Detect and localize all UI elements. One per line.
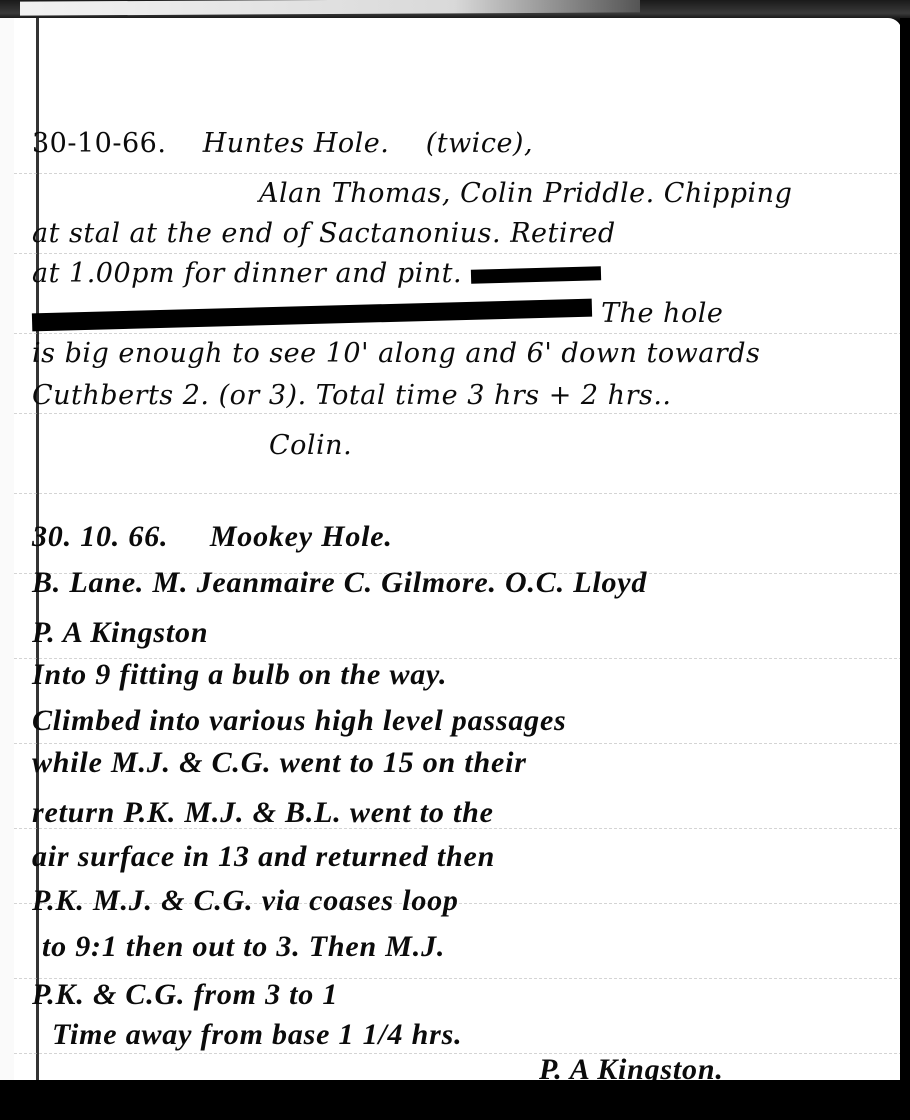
entry-line: P.K. M.J. & C.G. via coases loop — [32, 884, 459, 918]
entry-header: 30. 10. 66. Mookey Hole. — [32, 520, 393, 554]
page-bottom-shadow — [0, 1080, 910, 1120]
entry-line: at 1.00pm for dinner and pint. — [32, 258, 601, 289]
entry-line: Cuthberts 2. (or 3). Total time 3 hrs + … — [32, 380, 672, 411]
entry-line: while M.J. & C.G. went to 15 on their — [32, 746, 527, 780]
redacted-text — [32, 298, 592, 331]
entry-line: The hole — [32, 298, 723, 329]
entry-location: Huntes Hole. — [203, 128, 390, 159]
entry-note: (twice), — [426, 128, 533, 159]
entry-line: return P.K. M.J. & B.L. went to the — [32, 796, 494, 830]
entry-line: Time away from base 1 1/4 hrs. — [52, 1018, 462, 1052]
entry-text: The hole — [601, 298, 723, 329]
ruled-line — [14, 493, 902, 495]
entry-line: air surface in 13 and returned then — [32, 840, 495, 874]
entry-line: P.K. & C.G. from 3 to 1 — [32, 978, 338, 1012]
entry-line: P. A Kingston — [32, 616, 208, 650]
entry-line: B. Lane. M. Jeanmaire C. Gilmore. O.C. L… — [32, 566, 647, 600]
page-right-shadow — [900, 18, 910, 1098]
entry-date: 30-10-66. — [32, 128, 166, 159]
ruled-line — [14, 743, 902, 745]
entry-header: 30-10-66. Huntes Hole. (twice), — [32, 128, 533, 159]
entry-location: Mookey Hole. — [210, 520, 393, 553]
ruled-line — [14, 1053, 902, 1055]
entry-line: to 9:1 then out to 3. Then M.J. — [42, 930, 445, 964]
entry-date: 30. 10. 66. — [32, 520, 168, 553]
ruled-line — [14, 173, 902, 175]
entry-signature: Colin. — [269, 430, 352, 461]
ruled-line — [14, 253, 902, 255]
entry-text: at 1.00pm for dinner and pint. — [32, 258, 462, 289]
redacted-text — [471, 266, 601, 283]
ruled-line — [14, 333, 902, 335]
margin-line — [36, 18, 39, 1090]
entry-line: at stal at the end of Sactanonius. Retir… — [32, 218, 616, 249]
notebook-page: 30-10-66. Huntes Hole. (twice), Alan Tho… — [14, 18, 902, 1090]
entry-line: is big enough to see 10' along and 6' do… — [32, 338, 760, 369]
ruled-line — [14, 413, 902, 415]
entry-line: Climbed into various high level passages — [32, 704, 567, 738]
entry-line: Alan Thomas, Colin Priddle. Chipping — [259, 178, 792, 209]
page-left-edge — [0, 18, 14, 1090]
entry-line: Into 9 fitting a bulb on the way. — [32, 658, 447, 692]
